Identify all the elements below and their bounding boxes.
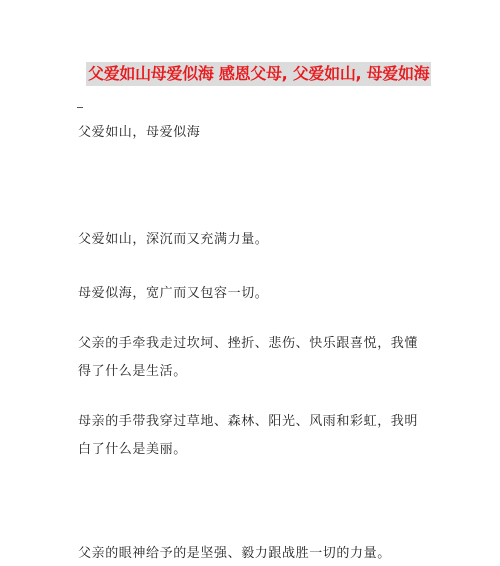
paragraph-subtitle: 父爱如山，母爱似海 [78,119,418,147]
paragraph-1: 父爱如山，深沉而又充满力量。 [78,226,418,254]
document-title: 父爱如山母爱似海 感恩父母, 父爱如山, 母爱如海 [86,62,431,86]
paragraph-3: 父亲的手牵我走过坎坷、挫折、悲伤、快乐跟喜悦，我懂得了什么是生活。 [78,330,418,386]
paragraph-4: 母亲的手带我穿过草地、森林、阳光、风雨和彩虹，我明白了什么是美丽。 [78,408,418,464]
paragraph-5: 父亲的眼神给予的是坚强、毅力跟战胜一切的力量。 [78,540,418,566]
anchor-mark [77,107,83,108]
paragraph-2: 母爱似海，宽广而又包容一切。 [78,280,418,308]
